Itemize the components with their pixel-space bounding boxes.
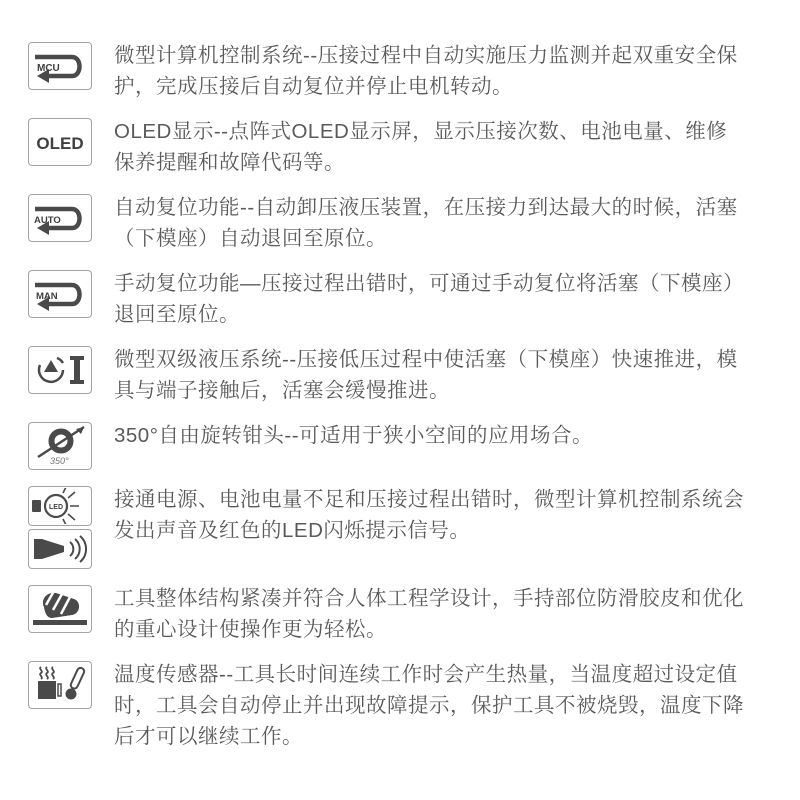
feature-row-ergonomic: 工具整体结构紧凑并符合人体工程学设计，手持部位防滑胶皮和优化的重心设计使操作更为… bbox=[28, 585, 760, 645]
feature-text: 微型计算机控制系统--压接过程中自动实施压力监测并起双重安全保护，完成压接后自动… bbox=[114, 40, 746, 102]
feature-row-mcu: MCU 微型计算机控制系统--压接过程中自动实施压力监测并起双重安全保护，完成压… bbox=[28, 42, 760, 102]
feature-list-page: MCU 微型计算机控制系统--压接过程中自动实施压力监测并起双重安全保护，完成压… bbox=[0, 0, 800, 800]
ergonomic-grip-icon bbox=[28, 585, 92, 633]
oled-icon: OLED bbox=[28, 118, 92, 166]
feature-row-temperature: 温度传感器--工具长时间连续工作时会产生热量，当温度超过设定值时，工具会自动停止… bbox=[28, 661, 760, 752]
feature-row-auto-reset: AUTO 自动复位功能--自动卸压液压装置，在压接力到达最大的时候，活塞（下模座… bbox=[28, 194, 760, 254]
feature-row-oled: OLED OLED显示--点阵式OLED显示屏，显示压接次数、电池电量、维修保养… bbox=[28, 118, 760, 178]
feature-row-rotating-head: 350° 350°自由旋转钳头--可适用于狭小空间的应用场合。 bbox=[28, 422, 760, 470]
svg-text:OLED: OLED bbox=[36, 134, 83, 153]
feature-text: OLED显示--点阵式OLED显示屏，显示压接次数、电池电量、维修保养提醒和故障… bbox=[114, 116, 746, 178]
feature-text: 自动复位功能--自动卸压液压装置，在压接力到达最大的时候，活塞（下模座）自动退回… bbox=[114, 192, 746, 254]
auto-return-arrow-icon: AUTO bbox=[28, 194, 92, 242]
dual-stage-hydraulic-icon bbox=[28, 346, 92, 394]
feature-text: 350°自由旋转钳头--可适用于狭小空间的应用场合。 bbox=[114, 420, 746, 451]
rotate-350-icon: 350° bbox=[28, 422, 92, 470]
feature-text: 微型双级液压系统--压接低压过程中使活塞（下模座）快速推进，模具与端子接触后，活… bbox=[114, 344, 746, 406]
buzzer-speaker-icon bbox=[28, 529, 92, 569]
svg-text:MCU: MCU bbox=[37, 63, 60, 74]
led-indicator-icon: LED bbox=[28, 486, 92, 526]
man-return-arrow-icon: MAN bbox=[28, 270, 92, 318]
svg-text:LED: LED bbox=[49, 504, 63, 511]
feature-text: 工具整体结构紧凑并符合人体工程学设计，手持部位防滑胶皮和优化的重心设计使操作更为… bbox=[114, 583, 746, 645]
feature-text: 温度传感器--工具长时间连续工作时会产生热量，当温度超过设定值时，工具会自动停止… bbox=[114, 659, 746, 752]
feature-row-dual-stage-hydraulic: 微型双级液压系统--压接低压过程中使活塞（下模座）快速推进，模具与端子接触后，活… bbox=[28, 346, 760, 406]
feature-text: 接通电源、电池电量不足和压接过程出错时，微型计算机控制系统会发出声音及红色的LE… bbox=[114, 484, 746, 546]
svg-text:MAN: MAN bbox=[36, 291, 58, 302]
svg-text:AUTO: AUTO bbox=[34, 215, 61, 226]
feature-row-led-buzzer: LED bbox=[28, 486, 760, 569]
temperature-sensor-icon bbox=[28, 661, 92, 709]
feature-row-manual-reset: MAN 手动复位功能—压接过程出错时，可通过手动复位将活塞（下模座）退回至原位。 bbox=[28, 270, 760, 330]
svg-text:350°: 350° bbox=[50, 456, 69, 466]
mcu-return-arrow-icon: MCU bbox=[28, 42, 92, 90]
feature-text: 手动复位功能—压接过程出错时，可通过手动复位将活塞（下模座）退回至原位。 bbox=[114, 268, 746, 330]
